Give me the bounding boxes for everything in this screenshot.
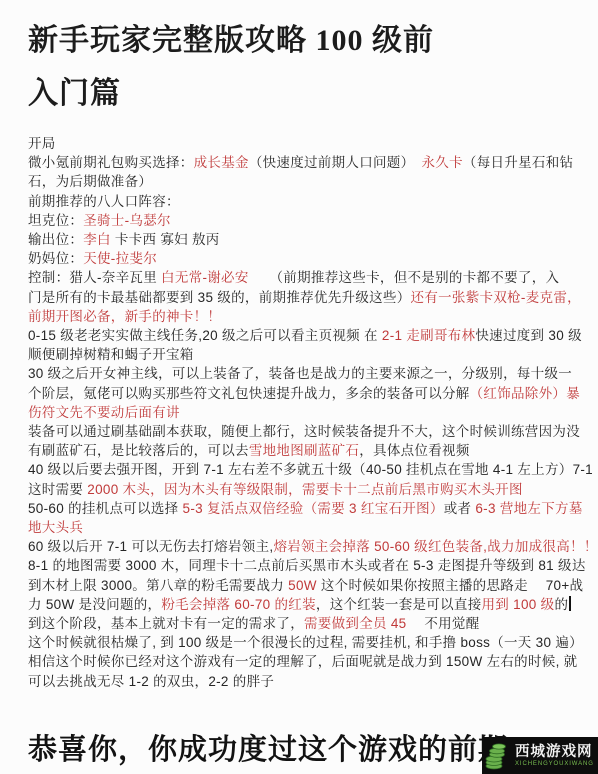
text-line: 门是所有的卡最基础都要到 35 级的，前期推荐优先升级这些）还有一张紫卡双枪-麦…	[28, 288, 594, 307]
body-text: 坦克位：	[28, 213, 83, 228]
body-text: 这个时候就很枯燥了, 到 100 级是一个很漫长的过程, 需要挂机, 和手撸 b…	[28, 635, 583, 650]
watermark-title: 西城游戏网	[515, 744, 594, 760]
body-text: 或者	[444, 501, 476, 516]
body-text: 前期推荐的八人口阵容：	[28, 194, 180, 209]
text-line: 前期开图必备，新手的神卡！！	[28, 307, 594, 326]
text-line: 到木材上限 3000。第八章的粉毛需要战力 50W 这个时候如果你按照主播的思路…	[28, 576, 594, 595]
body-text: 有刷蓝矿石，是比较落后的，可以去	[28, 443, 249, 458]
text-line: 0-15 级老老实实做主线任务,20 级之后可以看主页视频 在 2-1 走刷哥布…	[28, 326, 594, 345]
page-title-line-1: 新手玩家完整版攻略 100 级前	[28, 14, 588, 67]
watermark-badge: 西城游戏网 XICHENGYOUXIWANG	[482, 737, 598, 774]
text-line: 可以去挑战无尽 1-2 的双虫，2-2 的胖子	[28, 672, 594, 691]
text-line: 到这个阶段，基本上就对卡有一定的需求了，需要做到全员 45 不用觉醒	[28, 614, 594, 633]
body-text: 0-15 级老老实实做主线任务,20 级之后可以看主页视频 在	[28, 328, 382, 343]
highlighted-text: 圣骑士-乌瑟尔	[83, 213, 171, 228]
body-text: 快速过度到 30 级	[475, 328, 582, 343]
text-line: 微小氪前期礼包购买选择：成长基金（快速度过前期人口问题） 永久卡（每日升星石和钻	[28, 153, 594, 172]
text-line: 输出位：李白 卡卡西 寡妇 敖丙	[28, 230, 594, 249]
body-text: 控制：猎人-奈辛瓦里	[28, 270, 161, 285]
text-line: 有刷蓝矿石，是比较落后的，可以去雪地地图刷蓝矿石，具体点位看视频	[28, 441, 594, 460]
body-text: 到这个阶段，基本上就对卡有一定的需求了，	[28, 616, 304, 631]
text-line: 伤符文先不要动后面有讲	[28, 403, 594, 422]
body-text: 微小氪前期礼包购买选择：	[28, 155, 194, 170]
body-text: ，这个红装一套是可以直接	[316, 597, 482, 612]
text-line: 装备可以通过刷基础副本获取，随便上都行，这时候装备提升不大，这个时候训练营因为没	[28, 422, 594, 441]
coin-stack-icon	[485, 742, 511, 770]
text-line: 顺便刷掉树精和蝎子开宝箱	[28, 345, 594, 364]
body-text: 60 级以后开 7-1 可以无伤去打熔岩领主,	[28, 539, 273, 554]
highlighted-text: 用到 100 级	[482, 597, 555, 612]
body-text: 石，为后期做准备）	[28, 174, 152, 189]
highlighted-text: 6-3 营地左下方墓	[475, 501, 582, 516]
highlighted-text: 2-1 走刷哥布林	[382, 328, 475, 343]
body-text: 力 50W 是没问题的，	[28, 597, 161, 612]
text-line: 力 50W 是没问题的，粉毛会掉落 60-70 的红装，这个红装一套是可以直接用…	[28, 595, 594, 614]
document-body[interactable]: 开局微小氪前期礼包购买选择：成长基金（快速度过前期人口问题） 永久卡（每日升星石…	[0, 120, 598, 691]
document-page: 新手玩家完整版攻略 100 级前 入门篇 开局微小氪前期礼包购买选择：成长基金（…	[0, 0, 598, 774]
highlighted-text: 需要做到全员 45	[304, 616, 406, 631]
text-line: 40 级以后要去强开图，开到 7-1 左右差不多就五十级（40-50 挂机点在雪…	[28, 460, 594, 479]
text-line: 开局	[28, 134, 594, 153]
body-text: 开局	[28, 136, 56, 151]
body-text: 奶妈位：	[28, 251, 83, 266]
body-text: 装备可以通过刷基础副本获取，随便上都行，这时候装备提升不大，这个时候训练营因为没	[28, 424, 580, 439]
text-line: 这时需要 2000 木头，因为木头有等级限制，需要卡十二点前后黑市购买木头开图	[28, 480, 594, 499]
text-line: 前期推荐的八人口阵容：	[28, 192, 594, 211]
highlighted-text: 伤符文先不要动后面有讲	[28, 405, 180, 420]
highlighted-text: 2000 木头，因为木头有等级限制，需要卡十二点前后黑市购买木头开图	[87, 482, 522, 497]
document-title: 新手玩家完整版攻略 100 级前 入门篇	[0, 0, 598, 120]
highlighted-text: 天使-拉斐尔	[83, 251, 157, 266]
text-line: 60 级以后开 7-1 可以无伤去打熔岩领主,熔岩领主会掉落 50-60 级红色…	[28, 537, 594, 556]
body-text: 40 级以后要去强开图，开到 7-1 左右差不多就五十级（40-50 挂机点在雪…	[28, 462, 593, 477]
body-text	[408, 155, 422, 170]
highlighted-text: 地大头兵	[28, 520, 83, 535]
body-text: （快速度过前期人口问题）	[249, 155, 408, 170]
highlighted-text: 雪地地图刷蓝矿石	[249, 443, 359, 458]
body-text: （每日升星石和钻	[463, 155, 573, 170]
highlighted-text: 成长基金	[194, 155, 249, 170]
highlighted-text: 前期开图必备，新手的神卡！！	[28, 309, 221, 324]
body-text: 可以去挑战无尽 1-2 的双虫，2-2 的胖子	[28, 674, 274, 689]
body-text: 个阶层，氪佬可以购买那些符文礼包快速提升战力，多余的装备可以分解	[28, 386, 470, 401]
body-text: 的	[554, 597, 568, 612]
watermark-subtitle: XICHENGYOUXIWANG	[515, 760, 594, 768]
body-text: 这时需要	[28, 482, 87, 497]
highlighted-text: 50W	[288, 578, 317, 593]
text-line: 30 级之后开女神主线，可以上装备了，装备也是战力的主要来源之一，分级别，每十级…	[28, 364, 594, 383]
text-line: 50-60 的挂机点可以选择 5-3 复活点双倍经验（需要 3 红宝石开图）或者…	[28, 499, 594, 518]
text-cursor	[569, 596, 571, 611]
highlighted-text: 还有一张紫卡双枪-麦克雷，	[411, 290, 581, 305]
body-text: 卡卡西 寡妇 敖丙	[111, 232, 220, 247]
text-line: 相信这个时候你已经对这个游戏有一定的理解了，后面呢就是战力到 150W 左右的时…	[28, 652, 594, 671]
highlighted-text: 粉毛会掉落 60-70 的红装	[161, 597, 316, 612]
text-line: 个阶层，氪佬可以购买那些符文礼包快速提升战力，多余的装备可以分解（红饰品除外）暴	[28, 384, 594, 403]
body-text: 30 级之后开女神主线，可以上装备了，装备也是战力的主要来源之一，分级别，每十级…	[28, 366, 572, 381]
body-text: 顺便刷掉树精和蝎子开宝箱	[28, 347, 194, 362]
page-title-line-2: 入门篇	[28, 67, 588, 120]
body-text: 8-1 的地图需要 3000 木，同理卡十二点前后买黑市木头或者在 5-3 走图…	[28, 558, 586, 573]
text-line: 坦克位：圣骑士-乌瑟尔	[28, 211, 594, 230]
text-line: 8-1 的地图需要 3000 木，同理卡十二点前后买黑市木头或者在 5-3 走图…	[28, 556, 594, 575]
text-line: 控制：猎人-奈辛瓦里 白无常-谢必安 （前期推荐这些卡，但不是别的卡都不要了，入	[28, 268, 594, 287]
body-text: 门是所有的卡最基础都要到 35 级的，前期推荐优先升级这些）	[28, 290, 411, 305]
highlighted-text: （红饰品除外）暴	[470, 386, 580, 401]
body-text: （前期推荐这些卡，但不是别的卡都不要了，入	[249, 270, 560, 285]
text-line: 地大头兵	[28, 518, 594, 537]
highlighted-text: 5-3 复活点双倍经验（需要 3 红宝石开图）	[183, 501, 444, 516]
highlighted-text: 熔岩领主会掉落 50-60 级红色装备,战力加成很高！！！	[273, 539, 598, 554]
text-line: 这个时候就很枯燥了, 到 100 级是一个很漫长的过程, 需要挂机, 和手撸 b…	[28, 633, 594, 652]
highlighted-text: 白无常-谢必安	[161, 270, 249, 285]
body-text: 相信这个时候你已经对这个游戏有一定的理解了，后面呢就是战力到 150W 左右的时…	[28, 654, 577, 669]
body-text: 50-60 的挂机点可以选择	[28, 501, 183, 516]
body-text: 输出位：	[28, 232, 83, 247]
highlighted-text: 李白	[83, 232, 111, 247]
watermark-texts: 西城游戏网 XICHENGYOUXIWANG	[515, 744, 594, 768]
body-text: 不用觉醒	[406, 616, 479, 631]
highlighted-text: 永久卡	[421, 155, 462, 170]
body-text: ，具体点位看视频	[359, 443, 469, 458]
footer-heading: 恭喜你，你成功度过这个游戏的前期	[28, 727, 508, 768]
body-text: 这个时候如果你按照主播的思路走 70+战	[317, 578, 584, 593]
body-text: 到木材上限 3000。第八章的粉毛需要战力	[28, 578, 288, 593]
text-line: 石，为后期做准备）	[28, 172, 594, 191]
text-line: 奶妈位：天使-拉斐尔	[28, 249, 594, 268]
